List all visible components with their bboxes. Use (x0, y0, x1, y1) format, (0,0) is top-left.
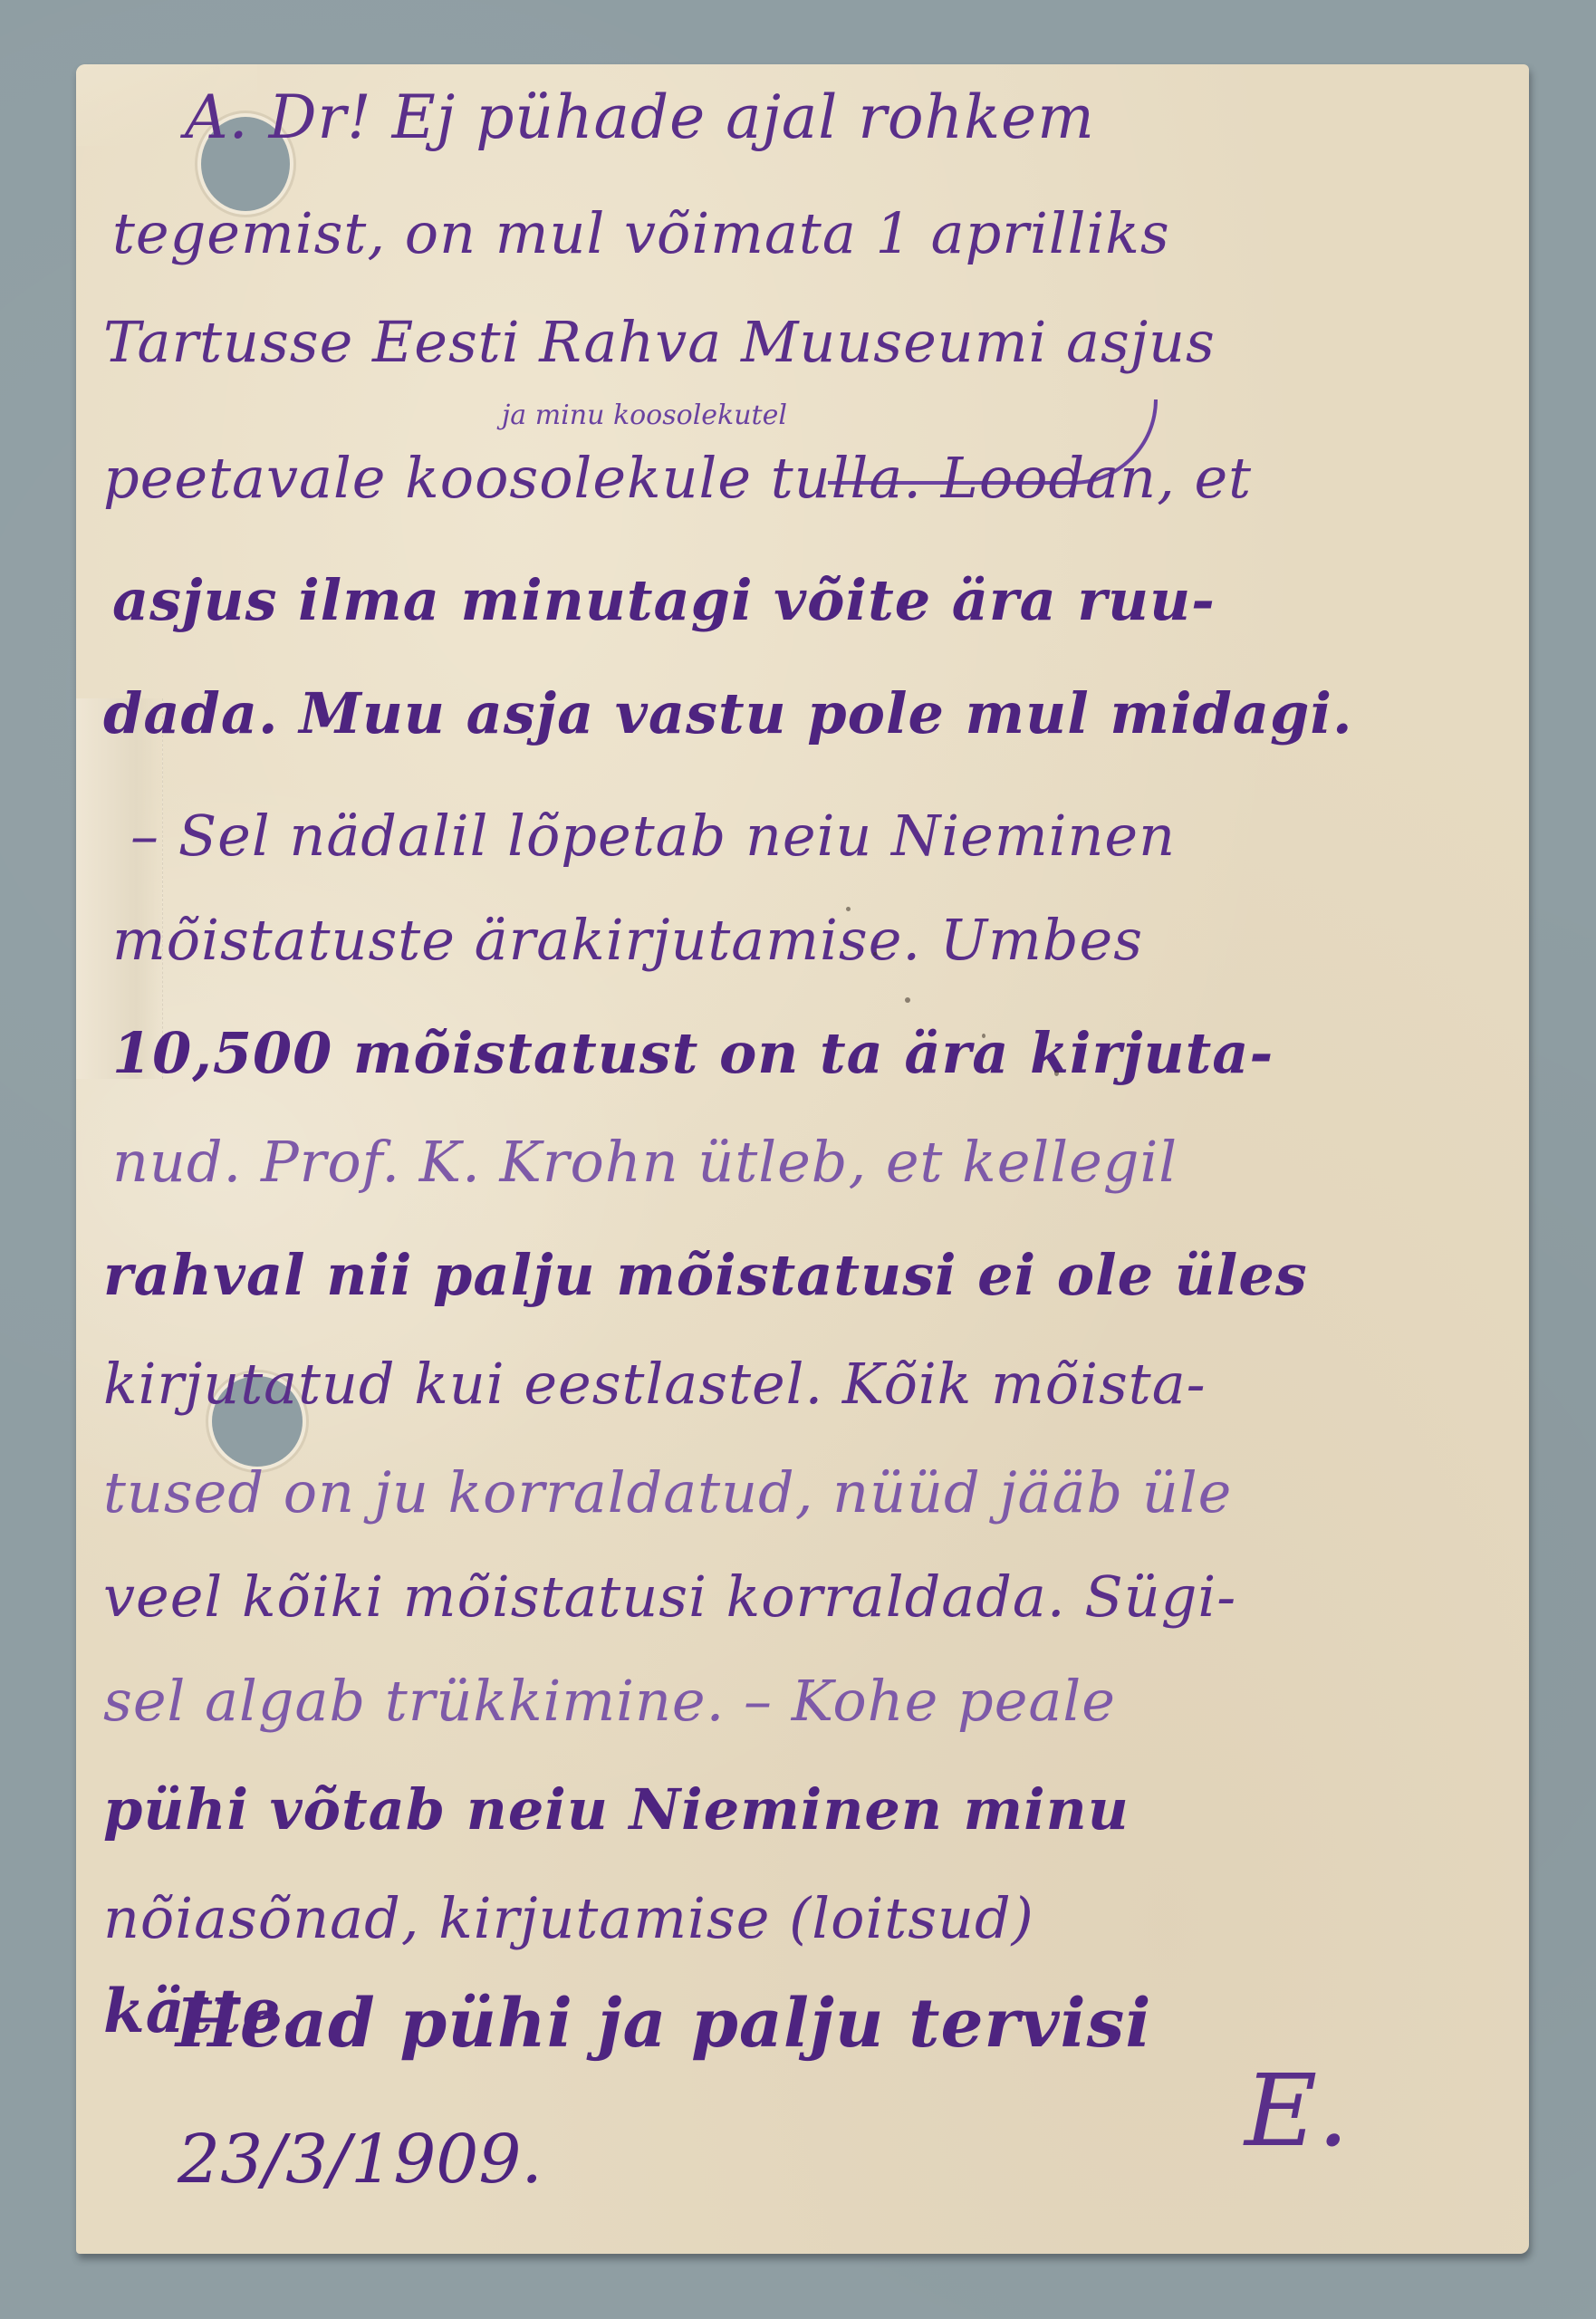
text-line: tused on ju korraldatud, nüüd jääb üle (103, 1459, 1232, 1525)
ink-speckle (1054, 1070, 1059, 1076)
ink-speckle (846, 907, 851, 911)
text-line: sel algab trükkimine. – Kohe peale (103, 1668, 1116, 1734)
text-line: 10,500 mõistatust on ta ära kirjuta- (112, 1020, 1274, 1086)
text-line: nõiasõnad, kirjutamise (loitsud) (103, 1885, 1034, 1951)
text-line: veel kõiki mõistatusi korraldada. Sügi- (103, 1564, 1236, 1630)
text-line: peetavale koosolekule tulla. Loodan, et (103, 445, 1252, 511)
ink-speckle (982, 1034, 985, 1038)
text-line: nud. Prof. K. Krohn ütleb, et kellegil (112, 1129, 1178, 1195)
text-line: kirjutatud kui eestlastel. Kõik mõista- (103, 1351, 1207, 1417)
closing-line: Head pühi ja palju tervisi (176, 1985, 1151, 2063)
interlinear-insert: ja minu koosolekutel (502, 399, 787, 431)
text-line: asjus ilma minutagi võite ära ruu- (112, 567, 1216, 633)
ink-speckle (905, 997, 910, 1003)
text-line: tegemist, on mul võimata 1 aprilliks (112, 200, 1170, 266)
text-line: mõistatuste ärakirjutamise. Umbes (112, 907, 1143, 973)
signature: E. (1245, 2053, 1349, 2169)
text-line: pühi võtab neiu Nieminen minu (103, 1776, 1130, 1843)
ink-speckle (873, 952, 877, 956)
text-line: Tartusse Eesti Rahva Muuseumi asjus (103, 309, 1216, 375)
date: 23/3/1909. (178, 2121, 543, 2199)
text-line: – Sel nädalil lõpetab neiu Nieminen (130, 803, 1176, 869)
text-line: dada. Muu asja vastu pole mul midagi. (103, 680, 1353, 746)
letter-body: A. Dr! Ej pühade ajal rohkem tegemist, o… (76, 64, 1529, 2254)
text-line: rahval nii palju mõistatusi ei ole üles (103, 1242, 1308, 1308)
postcard: A. Dr! Ej pühade ajal rohkem tegemist, o… (76, 64, 1529, 2254)
salutation-line: A. Dr! Ej pühade ajal rohkem (185, 82, 1095, 152)
